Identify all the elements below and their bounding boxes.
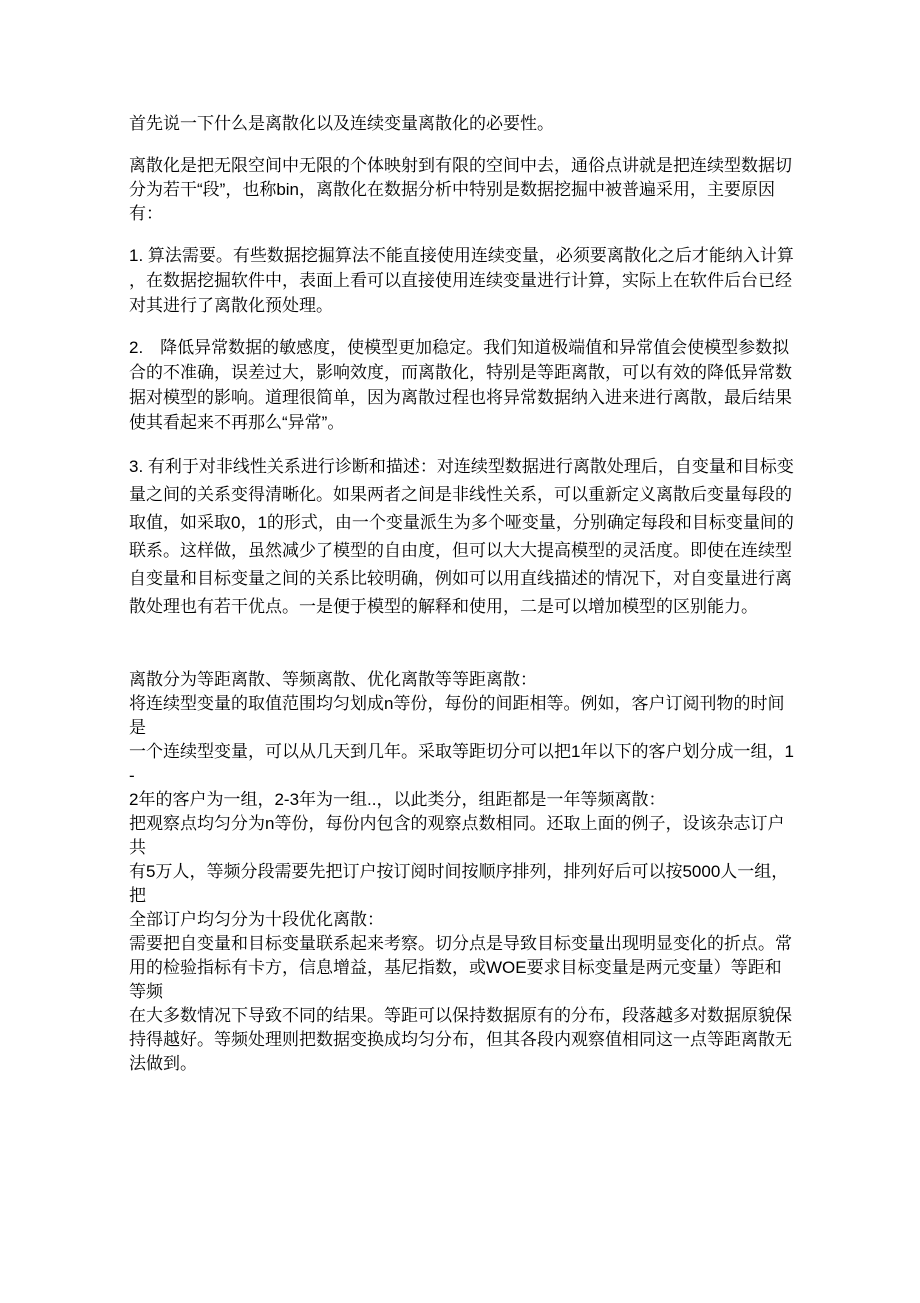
paragraph-discrete-types-heading: 离散分为等距离散、等频离散、优化离散等等距离散： [129,668,795,692]
document-content: 首先说一下什么是离散化以及连续变量离散化的必要性。 离散化是把无限空间中无限的个… [0,0,920,1076]
list-item-reason-2-outlier-sensitivity: 2. 降低异常数据的敏感度，使模型更加稳定。我们知道极端值和异常值会使模型参数拟… [129,335,795,435]
paragraph-equal-frequency-discretization: 把观察点均匀分为n等份，每份内包含的观察点数相同。还取上面的例子，设该杂志订户共… [129,812,795,932]
paragraph-equal-distance-discretization: 将连续型变量的取值范围均匀划成n等份，每份的间距相等。例如，客户订阅刊物的时间是… [129,692,795,812]
paragraph-discretization-definition: 离散化是把无限空间中无限的个体映射到有限的空间中去，通俗点讲就是把连续型数据切 … [129,154,795,226]
paragraph-intro: 首先说一下什么是离散化以及连续变量离散化的必要性。 [129,112,795,136]
list-item-reason-1-algorithm-need: 1. 算法需要。有些数据挖掘算法不能直接使用连续变量，必须要离散化之后才能纳入计… [129,243,795,318]
paragraph-optimized-discretization: 需要把自变量和目标变量联系起来考察。切分点是导致目标变量出现明显变化的折点。常 … [129,932,795,1076]
document-page: 首先说一下什么是离散化以及连续变量离散化的必要性。 离散化是把无限空间中无限的个… [0,0,920,1303]
list-item-reason-3-nonlinear-relationship: 3. 有利于对非线性关系进行诊断和描述：对连续型数据进行离散处理后，自变量和目标… [129,453,795,621]
